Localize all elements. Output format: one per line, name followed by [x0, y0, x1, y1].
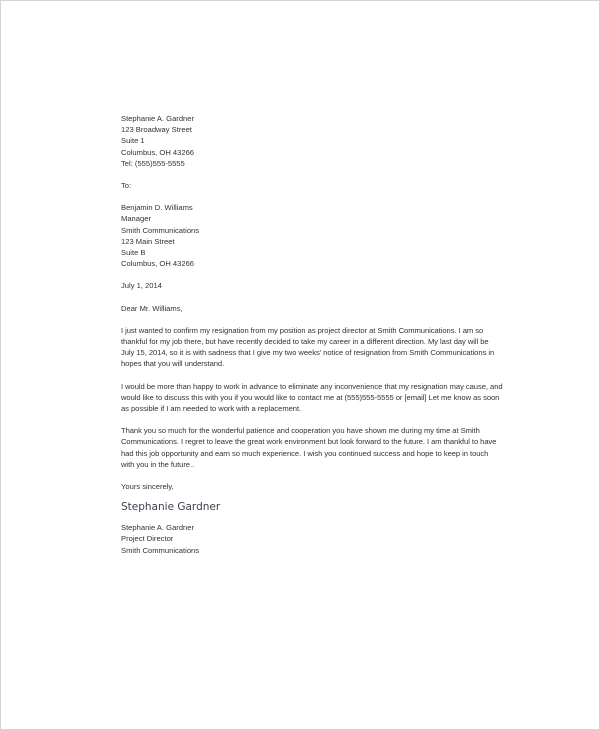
spacer [121, 292, 501, 303]
body-paragraph-3: Thank you so much for the wonderful pati… [121, 425, 503, 470]
spacer [121, 414, 501, 425]
spacer [121, 269, 501, 280]
spacer [121, 470, 501, 481]
body-paragraph-1: I just wanted to confirm my resignation … [121, 325, 503, 370]
recipient-street: 123 Main Street [121, 236, 501, 247]
signer-block: Stephanie A. Gardner Project Director Sm… [121, 522, 501, 556]
signer-title: Project Director [121, 533, 501, 544]
salutation: Dear Mr. Williams, [121, 303, 501, 314]
spacer [121, 370, 501, 381]
body-paragraph-2: I would be more than happy to work in ad… [121, 381, 503, 415]
recipient-company: Smith Communications [121, 225, 501, 236]
signer-company: Smith Communications [121, 545, 501, 556]
resignation-letter: Stephanie A. Gardner 123 Broadway Street… [121, 113, 501, 556]
recipient-city: Columbus, OH 43266 [121, 258, 501, 269]
sender-phone: Tel: (555)555-5555 [121, 158, 501, 169]
spacer [121, 191, 501, 202]
recipient-address: Benjamin D. Williams Manager Smith Commu… [121, 202, 501, 269]
sender-suite: Suite 1 [121, 135, 501, 146]
recipient-title: Manager [121, 213, 501, 224]
signer-name: Stephanie A. Gardner [121, 522, 501, 533]
sender-city: Columbus, OH 43266 [121, 147, 501, 158]
sender-address: Stephanie A. Gardner 123 Broadway Street… [121, 113, 501, 169]
sender-street: 123 Broadway Street [121, 124, 501, 135]
document-page: Stephanie A. Gardner 123 Broadway Street… [0, 0, 600, 730]
closing: Yours sincerely, [121, 481, 501, 492]
recipient-suite: Suite B [121, 247, 501, 258]
recipient-name: Benjamin D. Williams [121, 202, 501, 213]
signature: Stephanie Gardner [121, 500, 501, 514]
spacer [121, 314, 501, 325]
sender-name: Stephanie A. Gardner [121, 113, 501, 124]
spacer [121, 169, 501, 180]
to-label: To: [121, 180, 501, 191]
letter-date: July 1, 2014 [121, 280, 501, 291]
